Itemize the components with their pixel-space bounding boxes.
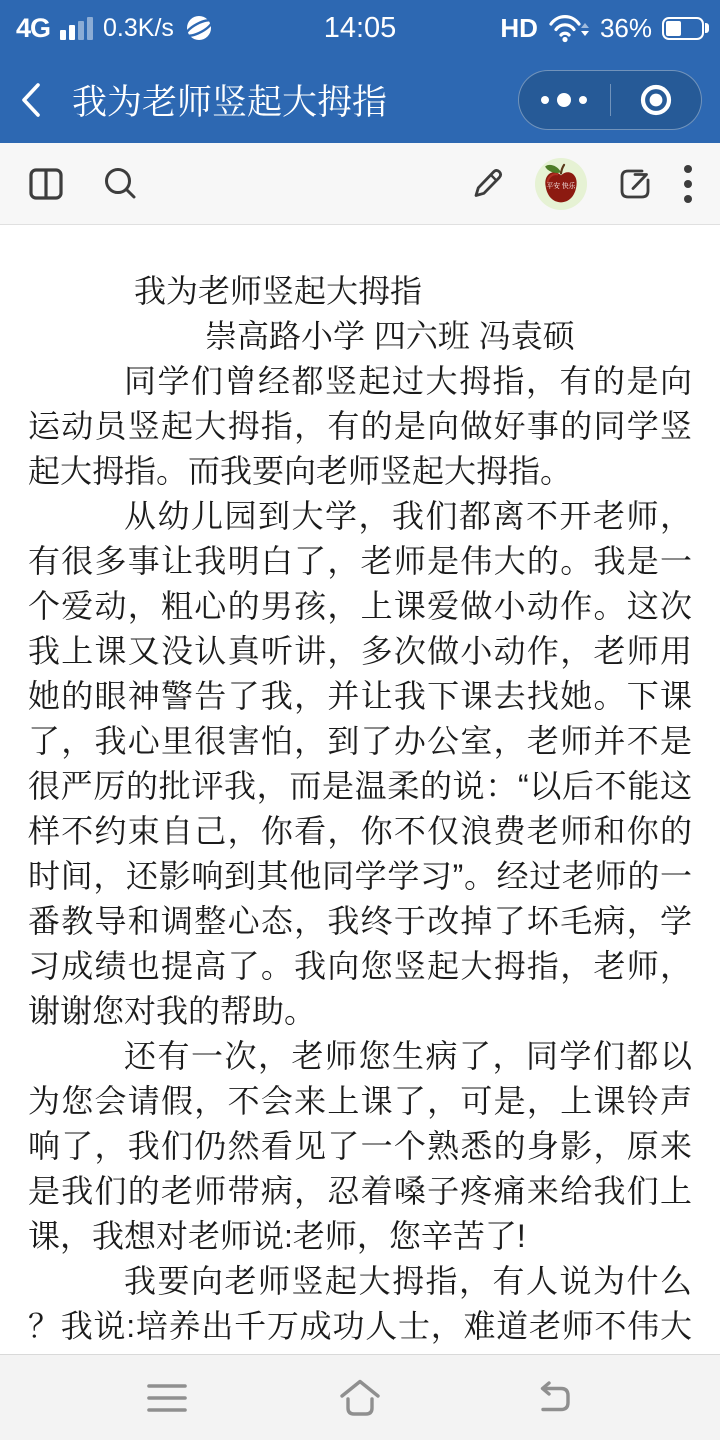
status-bar: 4G 0.3K/s 14:05 HD 36%	[0, 0, 720, 56]
document-page[interactable]: 我为老师竖起大拇指 崇高路小学 四六班 冯袁硕 同学们曾经都竖起过大拇指，有的是…	[0, 225, 720, 1354]
contents-book-icon	[26, 164, 66, 204]
essay-paragraph: 同学们曾经都竖起过大拇指，有的是向运动员竖起大拇指，有的是向做好事的同学竖起大拇…	[28, 359, 692, 494]
more-options-button[interactable]	[519, 71, 610, 129]
network-type-label: 4G	[16, 13, 50, 44]
kebab-menu-icon	[682, 162, 694, 206]
essay-title: 我为老师竖起大拇指	[28, 269, 692, 314]
chevron-left-icon	[18, 80, 44, 120]
phone-screen: 4G 0.3K/s 14:05 HD 36%	[0, 0, 720, 1440]
apple-avatar: 平安 快乐	[534, 157, 588, 211]
back-button[interactable]	[18, 75, 58, 125]
share-icon	[614, 163, 656, 205]
toolbar-left-group	[26, 164, 140, 204]
avatar-button[interactable]: 平安 快乐	[534, 157, 588, 211]
essay-paragraph: 从幼儿园到大学，我们都离不开老师，有很多事让我明白了，老师是伟大的。我是一个爱动…	[28, 494, 692, 1034]
reader-toolbar: 平安 快乐	[0, 143, 720, 225]
target-icon	[638, 82, 674, 118]
signal-bars-icon	[60, 16, 93, 40]
page-title: 我为老师竖起大拇指	[72, 75, 387, 125]
battery-icon	[662, 17, 704, 40]
globe-icon	[184, 13, 214, 43]
volte-hd-label: HD	[500, 13, 538, 44]
essay-paragraph: 我要向老师竖起大拇指，有人说为什么？我说:培养出千万成功人士，难道老师不伟大吗？…	[28, 1259, 692, 1354]
network-speed-label: 0.3K/s	[103, 14, 174, 43]
essay-byline: 崇高路小学 四六班 冯袁硕	[28, 314, 692, 359]
recent-apps-button[interactable]	[127, 1368, 207, 1428]
edit-pencil-icon	[464, 162, 508, 206]
miniprogram-capsule	[518, 70, 702, 130]
back-nav-button[interactable]	[513, 1368, 593, 1428]
essay-paragraph: 还有一次，老师您生病了，同学们都以为您会请假，不会来上课了，可是，上课铃声响了，…	[28, 1034, 692, 1259]
home-button[interactable]	[320, 1368, 400, 1428]
search-button[interactable]	[100, 164, 140, 204]
battery-percent-label: 36%	[600, 13, 652, 44]
recent-apps-icon	[144, 1380, 190, 1416]
overflow-menu-button[interactable]	[682, 162, 694, 206]
clock-label: 14:05	[324, 12, 397, 45]
status-left-group: 4G 0.3K/s	[16, 13, 214, 44]
contents-button[interactable]	[26, 164, 66, 204]
back-icon	[531, 1380, 575, 1416]
home-icon	[335, 1377, 385, 1419]
wifi-icon	[548, 13, 590, 43]
search-icon	[100, 164, 140, 204]
share-button[interactable]	[614, 163, 656, 205]
title-bar: 我为老师竖起大拇指	[0, 56, 720, 143]
status-right-group: HD 36%	[500, 13, 704, 44]
toolbar-right-group: 平安 快乐	[464, 157, 694, 211]
system-nav-bar	[0, 1354, 720, 1440]
ellipsis-icon	[541, 93, 587, 107]
edit-button[interactable]	[464, 162, 508, 206]
avatar-text: 平安 快乐	[547, 180, 576, 189]
exit-miniprogram-button[interactable]	[611, 71, 702, 129]
